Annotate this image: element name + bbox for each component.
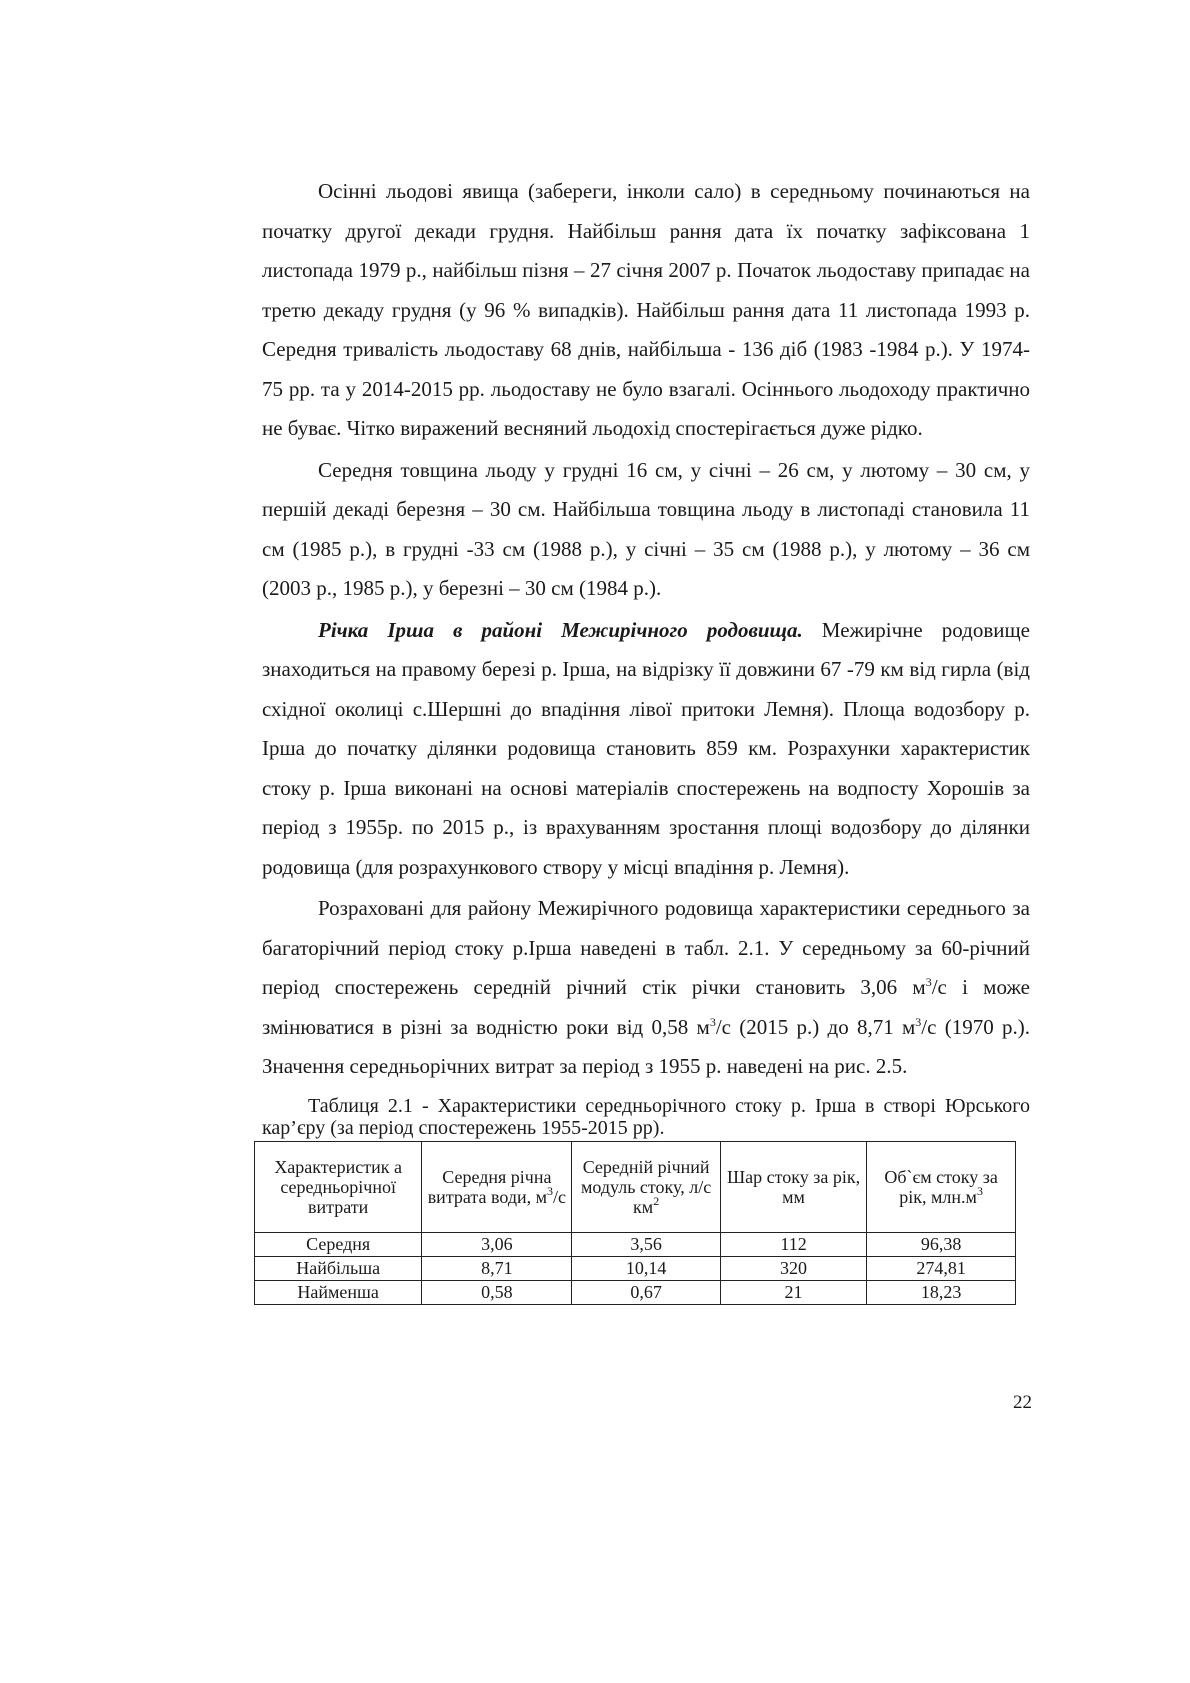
runoff-text-1: Розраховані для району Межирічного родов…	[262, 896, 1030, 999]
table-header-row: Характеристик а середньорічної витрати С…	[255, 1141, 1016, 1232]
table-caption: Таблиця 2.1 - Характеристики середньоріч…	[262, 1095, 1030, 1139]
column-header: Шар стоку за рік, мм	[720, 1141, 866, 1232]
table-cell: Найбільша	[255, 1256, 422, 1280]
table-cell: 0,58	[422, 1280, 572, 1304]
paragraph-ice-thickness: Середня товщина льоду у грудні 16 см, у …	[262, 451, 1030, 609]
table-cell: 21	[720, 1280, 866, 1304]
table-cell: 0,67	[572, 1280, 720, 1304]
table-cell: 3,56	[572, 1232, 720, 1256]
column-header: Середня річна витрата води, м3/с	[422, 1141, 572, 1232]
table-cell: Найменша	[255, 1280, 422, 1304]
table-cell: 10,14	[572, 1256, 720, 1280]
table-row: Середня3,063,5611296,38	[255, 1232, 1016, 1256]
page-number: 22	[1013, 1392, 1032, 1414]
column-header: Середній річний модуль стоку, л/с км2	[572, 1141, 720, 1232]
table-row: Найбільша8,7110,14320274,81	[255, 1256, 1016, 1280]
table-cell: 8,71	[422, 1256, 572, 1280]
table-cell: 112	[720, 1232, 866, 1256]
paragraph-irsha-river: Річка Ірша в районі Межирічного родовища…	[262, 611, 1030, 888]
table-row: Найменша0,580,672118,23	[255, 1280, 1016, 1304]
table-cell: Середня	[255, 1232, 422, 1256]
runoff-text-3: /с (2015 р.) до 8,71 м	[716, 1015, 915, 1039]
table-cell: 18,23	[867, 1280, 1016, 1304]
paragraph-ice-phenomena: Осінні льодові явища (забереги, інколи с…	[262, 172, 1030, 449]
paragraph-runoff: Розраховані для району Межирічного родов…	[262, 889, 1030, 1087]
table-cell: 274,81	[867, 1256, 1016, 1280]
document-page: Осінні льодові явища (забереги, інколи с…	[262, 172, 1030, 1305]
table-cell: 320	[720, 1256, 866, 1280]
section-heading: Річка Ірша в районі Межирічного родовища…	[318, 618, 803, 642]
table-cell: 96,38	[867, 1232, 1016, 1256]
section-text: Межирічне родовище знаходиться на правом…	[262, 618, 1030, 879]
column-header: Об`єм стоку за рік, млн.м3	[867, 1141, 1016, 1232]
runoff-table: Характеристик а середньорічної витрати С…	[254, 1141, 1016, 1305]
column-header: Характеристик а середньорічної витрати	[255, 1141, 422, 1232]
table-cell: 3,06	[422, 1232, 572, 1256]
